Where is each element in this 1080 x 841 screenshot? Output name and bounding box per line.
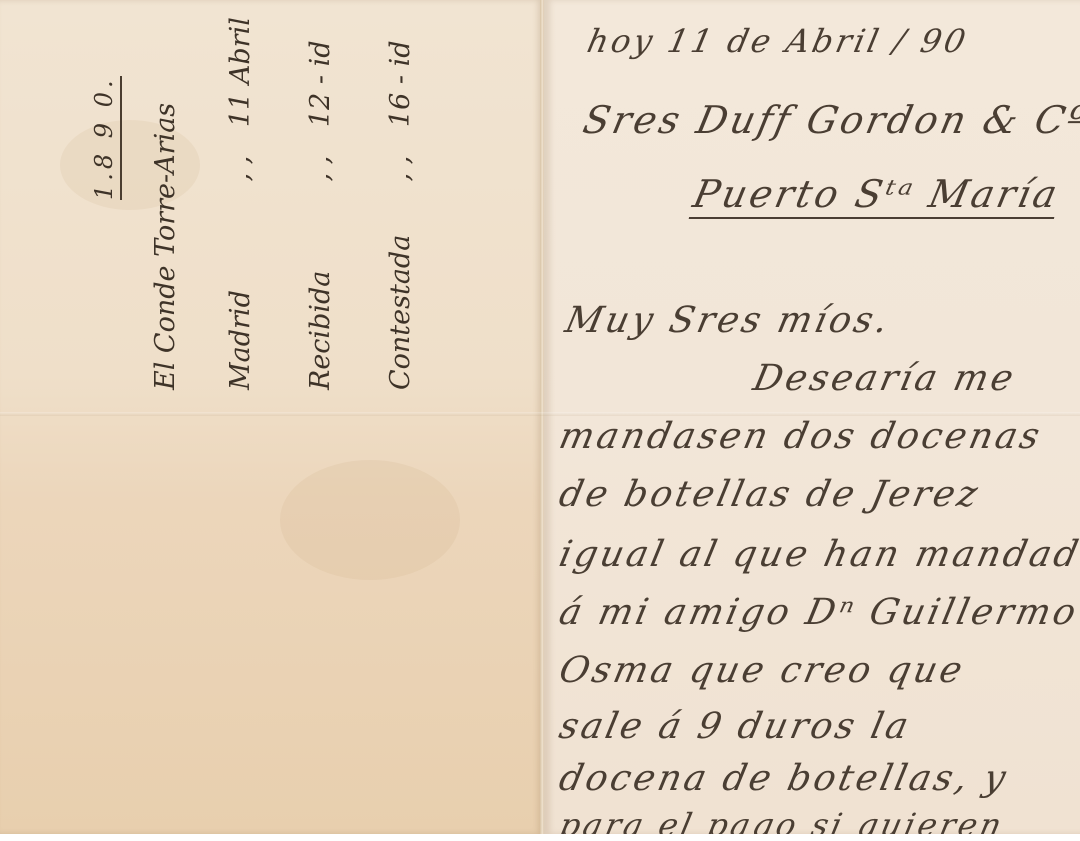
left-page-docket: 1.8 9 0. El Conde Torre-Arias Madrid , ,… [0,0,542,834]
docket-row-recibida: Recibida , , 12 - id [305,10,336,390]
docket-row-separator: , , [305,156,336,182]
paper-stain [280,460,460,580]
docket-annotation: 1.8 9 0. El Conde Torre-Arias Madrid , ,… [80,0,460,410]
recipient-location: Puerto Sᵗᵃ María [689,172,1064,216]
docket-row-madrid: Madrid , , 11 Abril [225,10,256,390]
docket-row-label: Contestada [385,190,416,390]
body-line: Osma que creo que [556,650,969,691]
letter-date: hoy 11 de Abril / 90 [584,22,972,60]
horizontal-fold-crease [0,412,1080,416]
body-line: mandasen dos docenas [556,416,1046,457]
right-page-letter: hoy 11 de Abril / 90 Sres Duff Gordon & … [544,0,1080,834]
docket-row-label: Madrid [225,190,256,390]
body-line: igual al que han mandado [556,534,1080,575]
body-line: á mi amigo Dⁿ Guillermo [556,592,1080,633]
docket-row-separator: , , [385,156,416,182]
docket-year: 1.8 9 0. [90,76,122,200]
recipient-name: Sres Duff Gordon & Cº [579,98,1080,142]
docket-row-value: 12 - id [305,40,336,127]
docket-row-value: 11 Abril [225,17,256,127]
docket-row-separator: , , [225,156,256,182]
body-line: sale á 9 duros la [556,706,915,747]
body-line: Desearía me [750,358,1020,399]
body-line: docena de botellas, y [556,758,1012,799]
body-line: para el pago si quieren [556,806,1008,834]
docket-row-value: 16 - id [385,40,416,127]
letter-body: hoy 11 de Abril / 90 Sres Duff Gordon & … [544,0,1080,834]
docket-row-contestada: Contestada , , 16 - id [385,10,416,390]
docket-sender: El Conde Torre-Arias [150,10,181,390]
docket-row-label: Recibida [305,190,336,390]
body-line: de botellas de Jerez [556,474,984,515]
letter-spread: 1.8 9 0. El Conde Torre-Arias Madrid , ,… [0,0,1080,834]
salutation: Muy Sres míos. [562,300,895,341]
docket-sender-name: El Conde Torre-Arias [150,190,181,390]
